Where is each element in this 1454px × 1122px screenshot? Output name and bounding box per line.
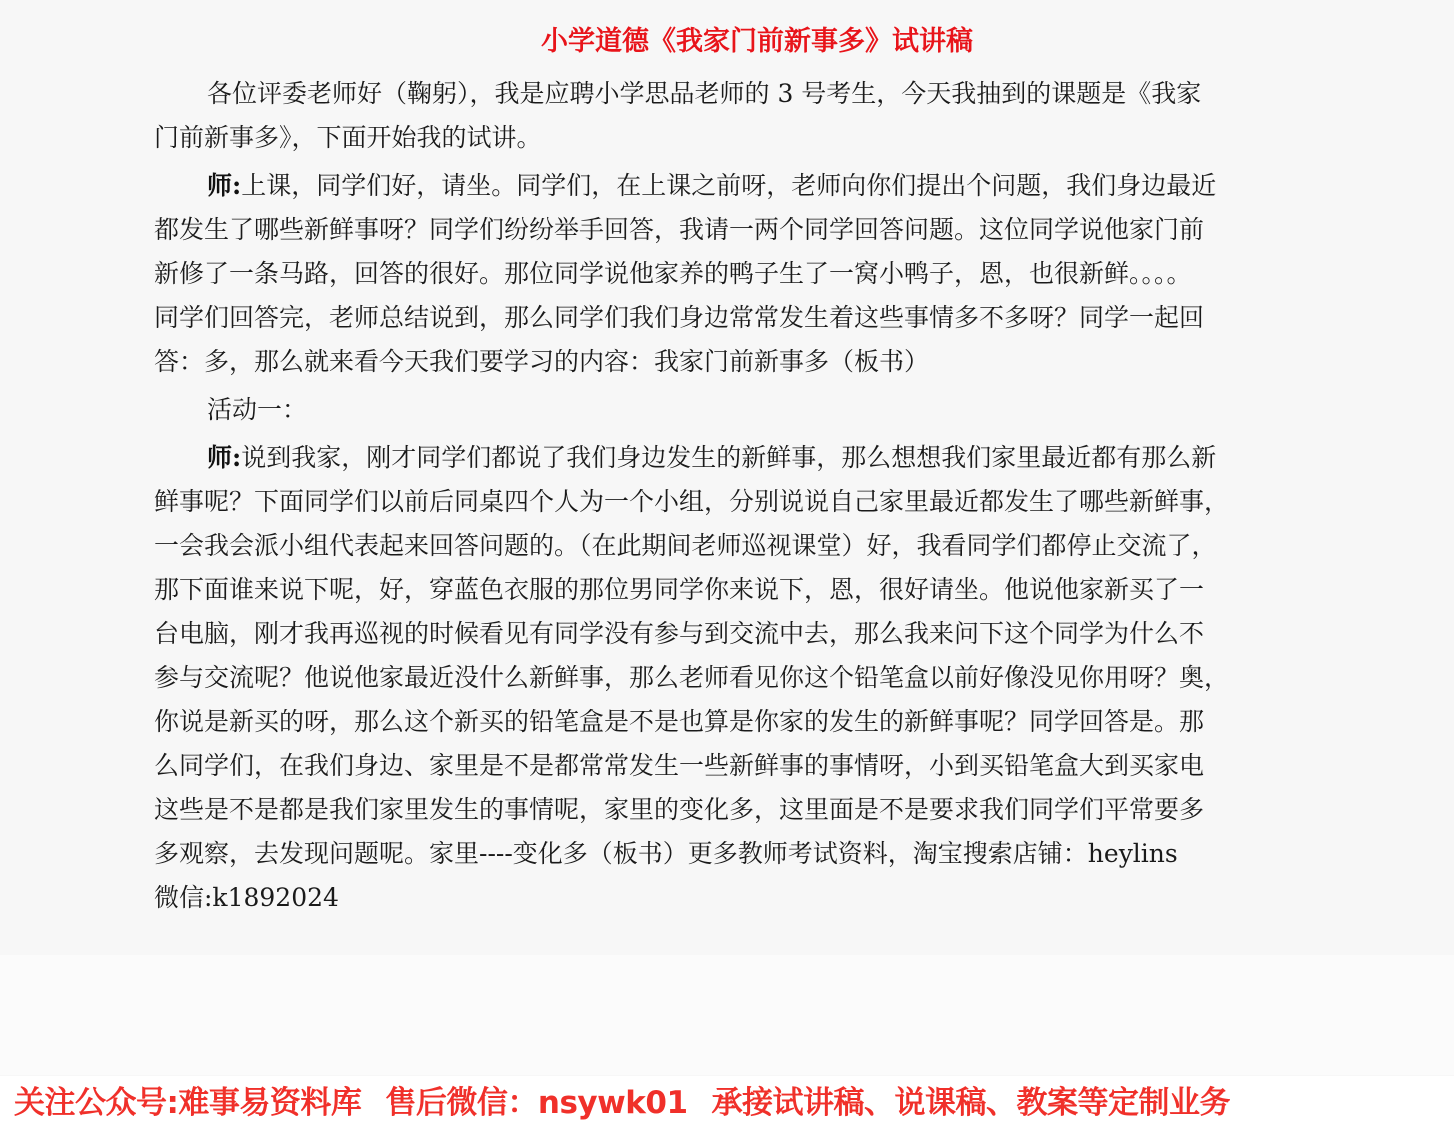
document-page: 小学道德《我家门前新事多》试讲稿 各位评委老师好（鞠躬），我是应聘小学思品老师的… [0,0,1454,1122]
paragraph-activity-heading: 活动一： [154,388,1324,432]
document-content-area: 小学道德《我家门前新事多》试讲稿 各位评委老师好（鞠躬），我是应聘小学思品老师的… [0,0,1454,955]
footer-segment-services: 承接试讲稿、说课稿、教案等定制业务 [712,1077,1231,1122]
text-line: 鲜事呢？下面同学们以前后同桌四个人为一个小组，分别说说自己家里最近都发生了哪些新… [154,480,1324,524]
text-line: 这些是不是都是我们家里发生的事情呢，家里的变化多，这里面是不是要求我们同学们平常… [154,788,1324,832]
text-line: 多观察，去发现问题呢。家里----变化多（板书）更多教师考试资料，淘宝搜索店铺：… [154,832,1324,876]
text-line: 台电脑，刚才我再巡视的时候看见有同学没有参与到交流中去，那么我来问下这个同学为什… [154,612,1324,656]
text-line: 你说是新买的呀，那么这个新买的铅笔盒是不是也算是你家的发生的新鲜事呢？同学回答是… [154,700,1324,744]
document-title: 小学道德《我家门前新事多》试讲稿 [0,24,1454,60]
text-span: 说到我家，刚才同学们都说了我们身边发生的新鲜事，那么想想我们家里最近都有那么新 [241,443,1216,472]
text-line: 都发生了哪些新鲜事呀？同学们纷纷举手回答，我请一两个同学回答问题。这位同学说他家… [154,208,1324,252]
activity-heading: 活动一： [154,388,1324,432]
text-line: 答：多，那么就来看今天我们要学习的内容：我家门前新事多（板书） [154,340,1324,384]
document-body: 各位评委老师好（鞠躬），我是应聘小学思品老师的 3 号考生，今天我抽到的课题是《… [154,72,1324,920]
text-line: 新修了一条马路，回答的很好。那位同学说他家养的鸭子生了一窝小鸭子，恩，也很新鲜。… [154,252,1324,296]
text-line: 师:说到我家，刚才同学们都说了我们身边发生的新鲜事，那么想想我们家里最近都有那么… [154,436,1324,480]
paragraph-teacher-intro: 师:上课，同学们好，请坐。同学们，在上课之前呀，老师向你们提出个问题，我们身边最… [154,164,1324,384]
text-line: 参与交流呢？他说他家最近没什么新鲜事，那么老师看见你这个铅笔盒以前好像没见你用呀… [154,656,1324,700]
footer-segment-account: 关注公众号:难事易资料库 [14,1077,361,1122]
paragraph-opening: 各位评委老师好（鞠躬），我是应聘小学思品老师的 3 号考生，今天我抽到的课题是《… [154,72,1324,160]
text-span: 上课，同学们好，请坐。同学们，在上课之前呀，老师向你们提出个问题，我们身边最近 [241,171,1216,200]
blank-page-area [0,955,1454,1075]
text-line: 一会我会派小组代表起来回答问题的。（在此期间老师巡视课堂）好，我看同学们都停止交… [154,524,1324,568]
text-line: 么同学们，在我们身边、家里是不是都常常发生一些新鲜事的事情呀，小到买铅笔盒大到买… [154,744,1324,788]
footer-segment-wechat: 售后微信：nsywk01 [385,1077,687,1122]
speaker-label: 师: [207,171,241,200]
text-line: 那下面谁来说下呢，好，穿蓝色衣服的那位男同学你来说下，恩，很好请坐。他说他家新买… [154,568,1324,612]
watermark-footer-banner: 关注公众号:难事易资料库 售后微信：nsywk01 承接试讲稿、说课稿、教案等定… [0,1076,1454,1122]
text-line: 门前新事多》，下面开始我的试讲。 [154,116,1324,160]
text-line: 微信:k1892024 [154,876,1324,920]
speaker-label: 师: [207,443,241,472]
paragraph-activity-body: 师:说到我家，刚才同学们都说了我们身边发生的新鲜事，那么想想我们家里最近都有那么… [154,436,1324,920]
text-line: 同学们回答完，老师总结说到，那么同学们我们身边常常发生着这些事情多不多呀？同学一… [154,296,1324,340]
text-line: 各位评委老师好（鞠躬），我是应聘小学思品老师的 3 号考生，今天我抽到的课题是《… [154,72,1324,116]
text-line: 师:上课，同学们好，请坐。同学们，在上课之前呀，老师向你们提出个问题，我们身边最… [154,164,1324,208]
